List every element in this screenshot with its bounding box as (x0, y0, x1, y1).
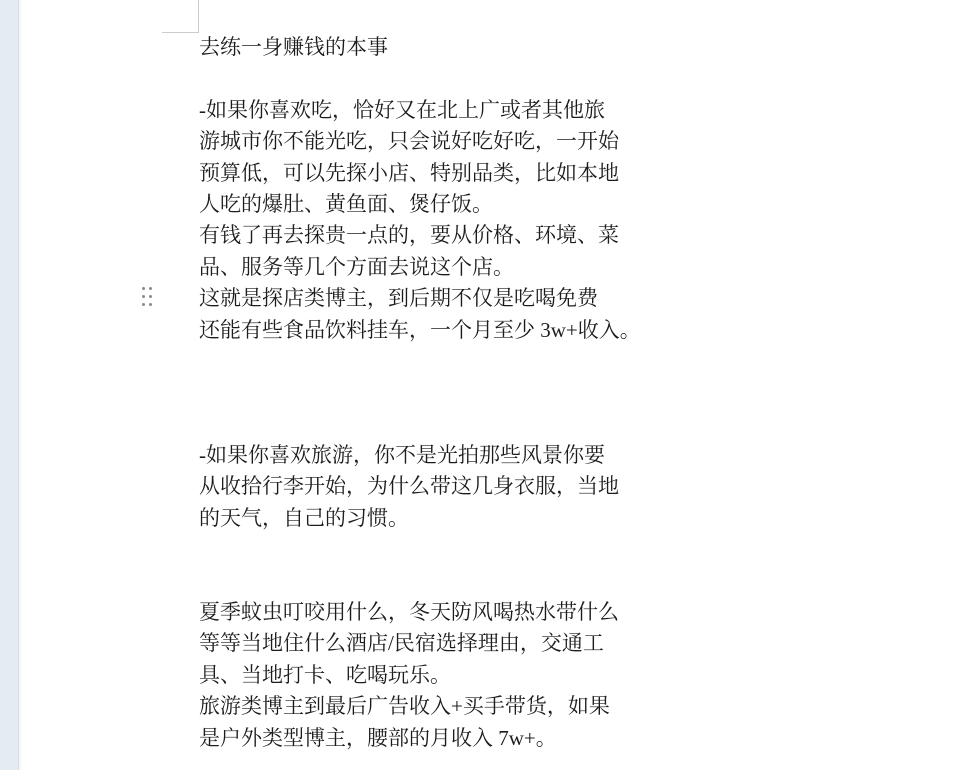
text-line: 游城市你不能光吃，只会说好吃好吃，一开始 (199, 126, 669, 157)
text-line: 人吃的爆肚、黄鱼面、煲仔饭。 (199, 189, 669, 220)
text-line: -如果你喜欢吃，恰好又在北上广或者其他旅 (199, 95, 669, 126)
text-line (199, 346, 669, 377)
drag-handle-dot (149, 295, 152, 298)
text-line: 还能有些食品饮料挂车，一个月至少 3w+收入。 (199, 315, 669, 346)
offscreen-block-corner-mark (162, 0, 199, 33)
text-line: 旅游类博主到最后广告收入+买手带货，如果 (199, 691, 669, 722)
text-line: 夏季蚊虫叮咬用什么，冬天防风喝热水带什么 (199, 597, 669, 628)
text-line (199, 63, 669, 94)
text-line (199, 409, 669, 440)
text-line: 预算低，可以先探小店、特别品类，比如本地 (199, 158, 669, 189)
text-line: 有钱了再去探贵一点的，要从价格、环境、菜 (199, 220, 669, 251)
text-line (199, 377, 669, 408)
text-line: 去练一身赚钱的本事 (199, 32, 669, 63)
text-line: 这就是探店类博主，到后期不仅是吃喝免费 (199, 283, 669, 314)
drag-handle-dot (142, 295, 145, 298)
text-line: 从收拾行李开始，为什么带这几身衣服，当地 (199, 471, 669, 502)
text-line: 是户外类型博主，腰部的月收入 7w+。 (199, 723, 669, 754)
text-line: 品、服务等几个方面去说这个店。 (199, 252, 669, 283)
drag-handle-dot (142, 287, 145, 290)
text-line (199, 534, 669, 565)
drag-handle-icon[interactable] (142, 287, 152, 306)
text-line: 的天气，自己的习惯。 (199, 503, 669, 534)
drag-handle-dot (149, 303, 152, 306)
text-line: 等等当地住什么酒店/民宿选择理由，交通工 (199, 628, 669, 659)
document-body[interactable]: 去练一身赚钱的本事-如果你喜欢吃，恰好又在北上广或者其他旅游城市你不能光吃，只会… (199, 32, 669, 754)
drag-handle-dot (142, 303, 145, 306)
document-canvas[interactable]: 去练一身赚钱的本事-如果你喜欢吃，恰好又在北上广或者其他旅游城市你不能光吃，只会… (0, 0, 967, 770)
drag-handle-dot (149, 287, 152, 290)
text-line: -如果你喜欢旅游，你不是光拍那些风景你要 (199, 440, 669, 471)
text-line (199, 566, 669, 597)
text-line: 具、当地打卡、吃喝玩乐。 (199, 660, 669, 691)
left-gutter (0, 0, 19, 770)
